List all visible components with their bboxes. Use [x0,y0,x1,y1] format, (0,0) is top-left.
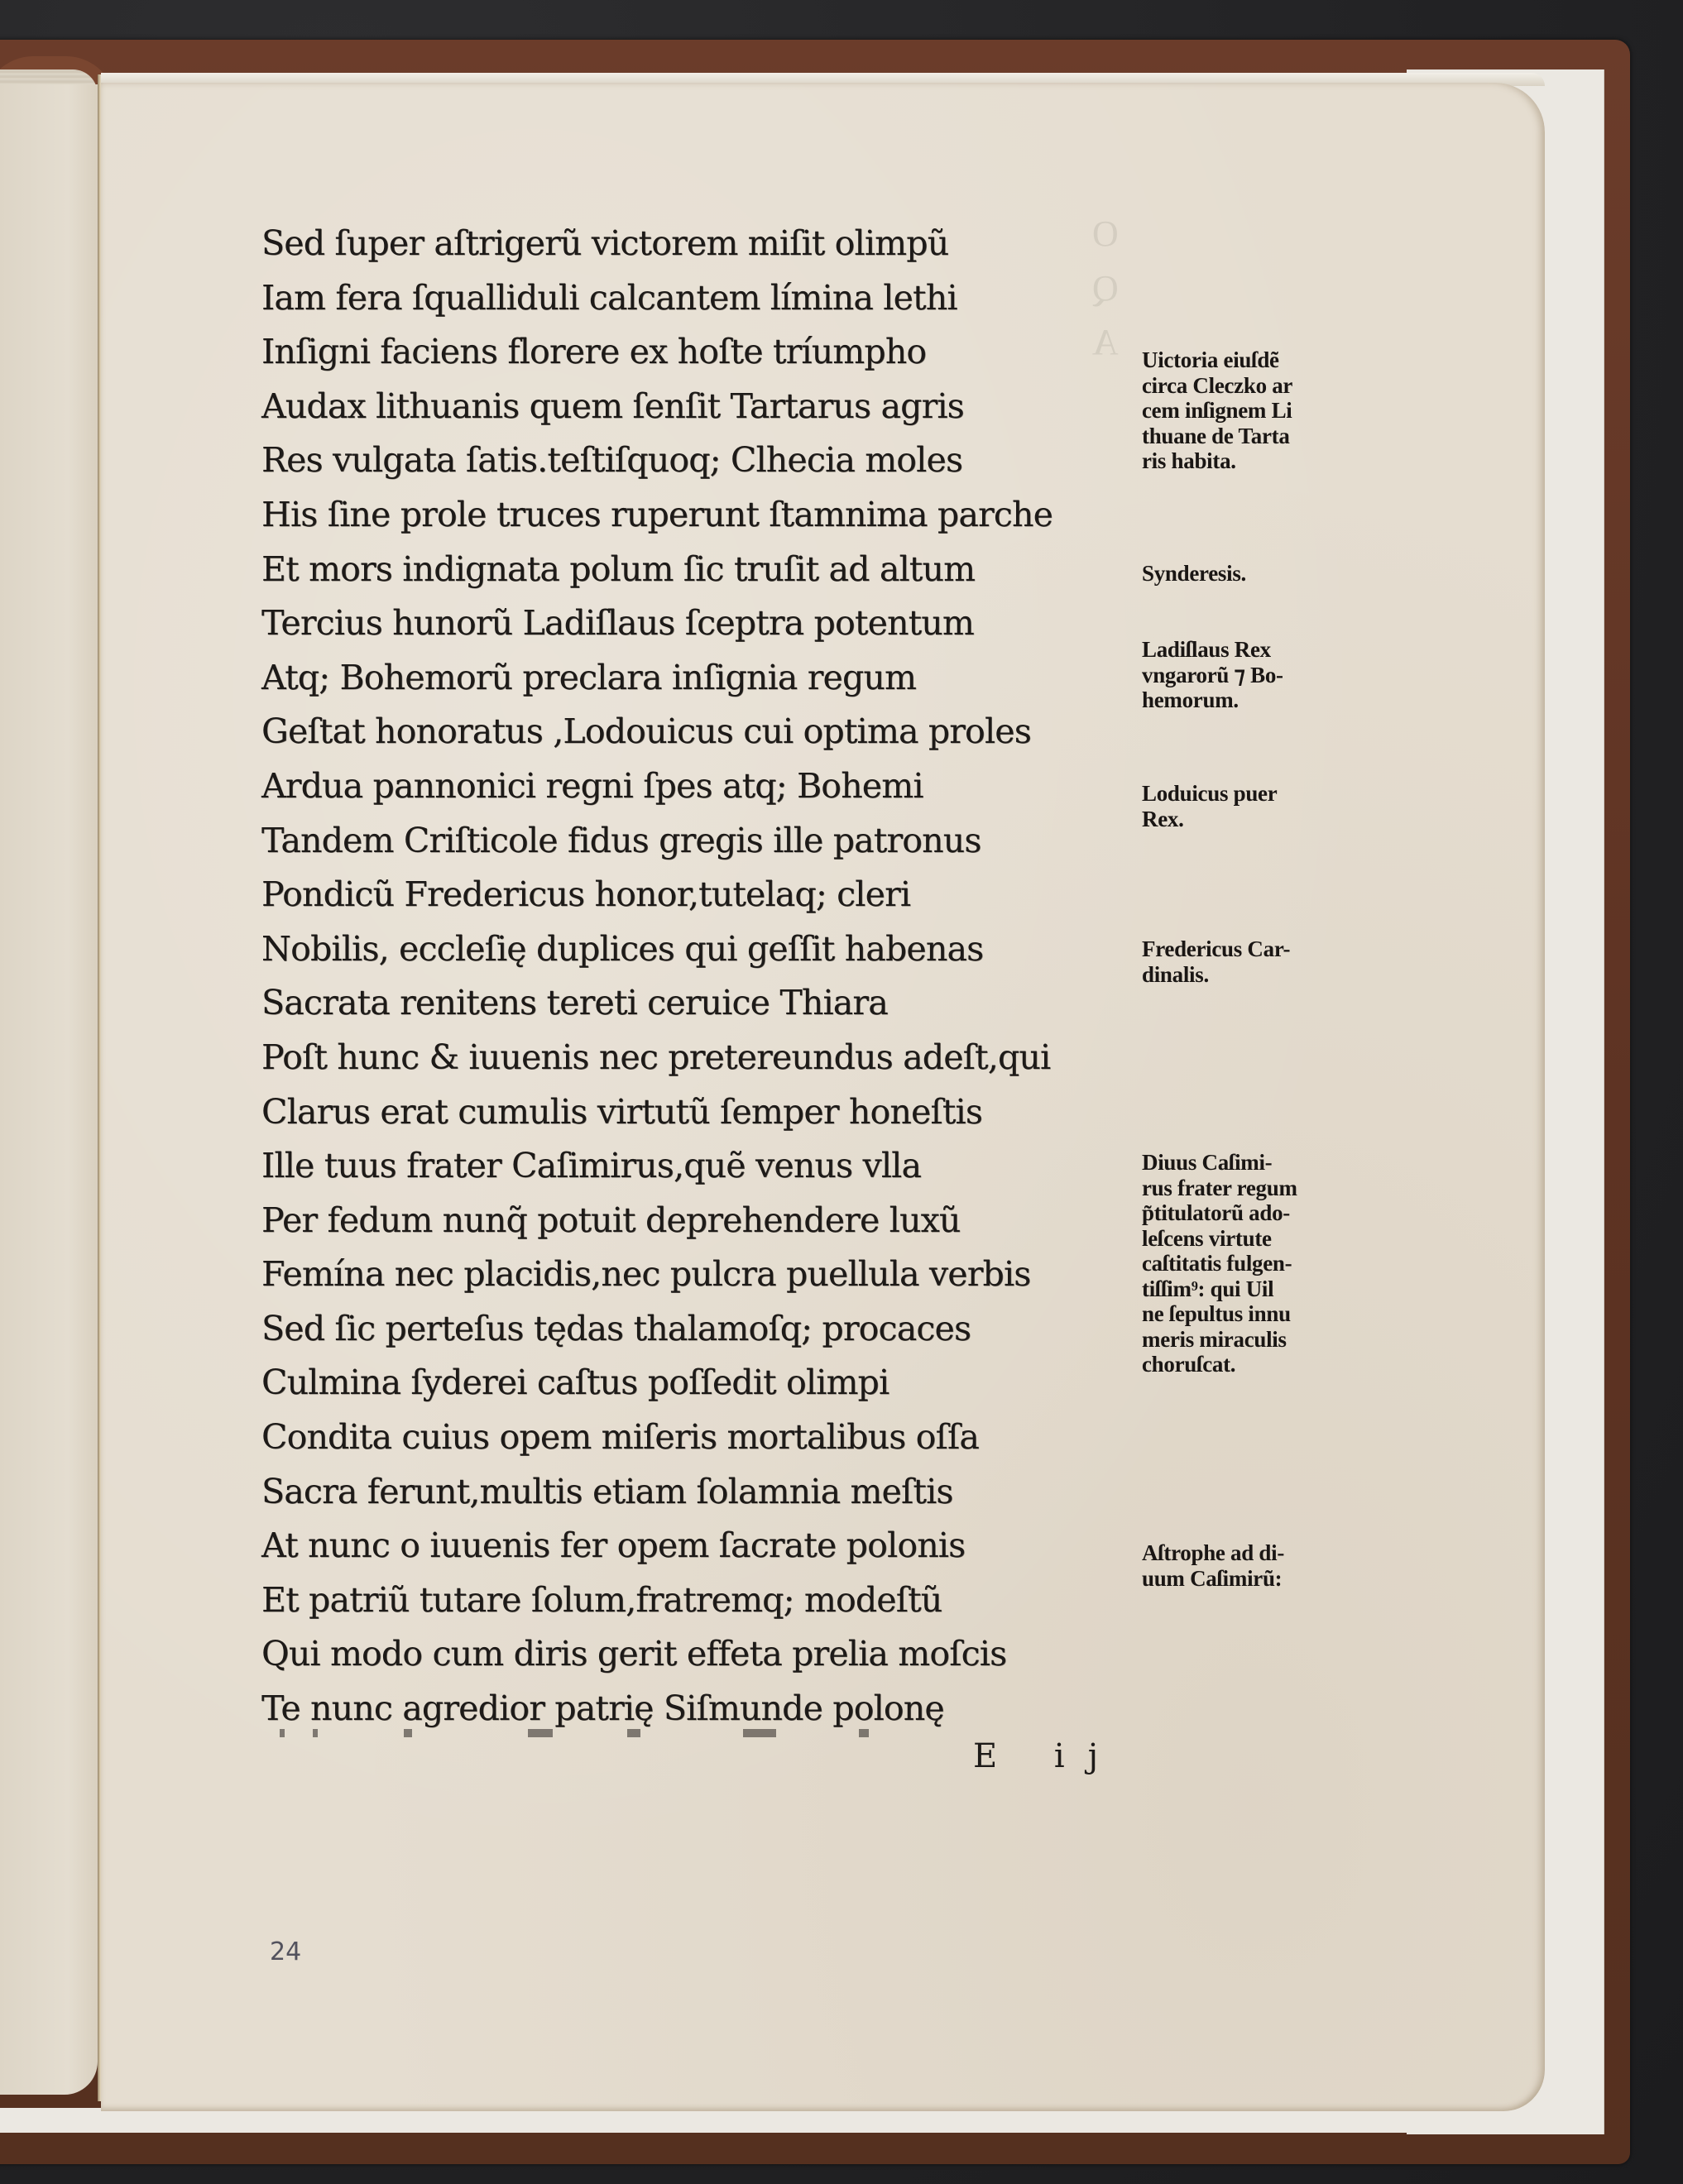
verse-line: Geſtat honoratus ,Lodouicus cui optima p… [261,705,1139,759]
verse-line: Res vulgata ſatis.teſtiſquoq; Clhecia mo… [261,433,1139,488]
gloss-line: dinalis. [1142,962,1378,988]
verse-line: Sacra ferunt,multis etiam ſolamnia meſti… [261,1465,1139,1520]
verse-line: Iam fera ſqualliduli calcantem límina le… [261,271,1139,326]
pastedown-sheet-bottom [0,2108,1580,2133]
verse-line: Clarus erat cumulis virtutũ ſemper honeſ… [261,1085,1139,1140]
verse-line: Inſigni faciens florere ex hoſte tríumph… [261,325,1139,380]
verse-line: Nobilis, eccleſię duplices qui geſſit ha… [261,922,1139,977]
gutter [98,74,101,2101]
gloss-line: Uictoria eiuſdẽ [1142,347,1378,373]
verse-line: Tandem Criſticole fidus gregis ille patr… [261,814,1139,869]
verse-line: Ardua pannonici regni ſpes atq; Bohemi [261,759,1139,814]
gloss-line: meris miraculis [1142,1327,1378,1353]
gloss-loduicus: Loduicus puer Rex. [1142,781,1378,831]
gloss-line: tiſſim⁹: qui Uil [1142,1276,1378,1302]
gloss-line: thuane de Tarta [1142,424,1378,449]
gloss-line: vngarorũ ⁊ Bo- [1142,663,1378,688]
gloss-synderesis: Synderesis. [1142,561,1378,587]
gloss-line: p̃titulatorũ ado- [1142,1200,1378,1226]
verse-line: Sed ſic perteſus tędas thalamoſq; procac… [261,1302,1139,1357]
verse-column: Sed ſuper aſtrigerũ victorem miſit olimp… [261,217,1139,1736]
gloss-line: Synderesis. [1142,561,1378,587]
gloss-line: ne ſepultus innu [1142,1301,1378,1327]
verse-line: Ille tuus frater Caſimirus,quẽ venus vll… [261,1139,1139,1194]
gloss-line: Ladiſlaus Rex [1142,637,1378,663]
gloss-line: rus frater regum [1142,1176,1378,1201]
pencil-folio-number: 24 [270,1937,301,1966]
gloss-line: Aſtrophe ad di- [1142,1540,1378,1566]
gloss-line: Rex. [1142,807,1378,832]
gloss-line: Fredericus Car- [1142,936,1378,962]
gloss-line: cem inſignem Li [1142,398,1378,424]
gloss-line: Loduicus puer [1142,781,1378,807]
gloss-line: caſtitatis fulgen- [1142,1251,1378,1276]
signature-mark: E ij [973,1737,1121,1775]
gloss-line: Diuus Caſimi- [1142,1150,1378,1176]
gloss-fredericus: Fredericus Car- dinalis. [1142,936,1378,987]
gloss-line: leſcens virtute [1142,1226,1378,1252]
gloss-ladislaus: Ladiſlaus Rex vngarorũ ⁊ Bo- hemorum. [1142,637,1378,713]
verse-line: Femína nec placidis,nec pulcra puellula … [261,1248,1139,1302]
gloss-line: circa Cleczko ar [1142,373,1378,399]
gloss-line: ris habita. [1142,448,1378,474]
gloss-victoria: Uictoria eiuſdẽ circa Cleczko ar cem inſ… [1142,347,1378,474]
gloss-casimirus: Diuus Caſimi- rus frater regum p̃titulat… [1142,1150,1378,1377]
gloss-line: uum Caſimirũ: [1142,1566,1378,1592]
gloss-line: choruſcat. [1142,1352,1378,1377]
gloss-apostrophe: Aſtrophe ad di- uum Caſimirũ: [1142,1540,1378,1591]
verse-line: Te nunc agredior patrię Siſmunde polonę [261,1682,1139,1736]
verse-line: Qui modo cum diris gerit effeta prelia m… [261,1627,1139,1682]
verse-line: His ſine prole truces ruperunt ſtamnima … [261,488,1139,543]
verse-line: Per fedum nunq̃ potuit deprehendere luxũ [261,1194,1139,1248]
verse-line: At nunc o iuuenis fer opem ſacrate polon… [261,1519,1139,1573]
verse-line: Pondicũ Fredericus honor,tutelaq; cleri [261,868,1139,922]
verse-line: Atq; Bohemorũ preclara inſignia regum [261,651,1139,706]
verse-line: Et patriũ tutare ſolum,fratremq; modeſtũ [261,1573,1139,1628]
broken-type-fragments [280,1729,1024,1737]
gloss-line: hemorum. [1142,687,1378,713]
verse-line: Audax lithuanis quem ſenſit Tartarus agr… [261,380,1139,434]
verse-line: Et mors indignata polum ſic truſit ad al… [261,543,1139,597]
left-page [0,84,98,2095]
verse-line: Tercius hunorũ Ladiſlaus ſceptra potentu… [261,596,1139,651]
verse-line: Sed ſuper aſtrigerũ victorem miſit olimp… [261,217,1139,271]
verse-line: Condita cuius opem miſeris mortalibus oſ… [261,1410,1139,1465]
verse-line: Culmina ſyderei caſtus poſſedit olimpi [261,1356,1139,1410]
verse-line: Poſt hunc & iuuenis nec pretereundus ade… [261,1031,1139,1085]
verse-line: Sacrata renitens tereti ceruice Thiara [261,976,1139,1031]
